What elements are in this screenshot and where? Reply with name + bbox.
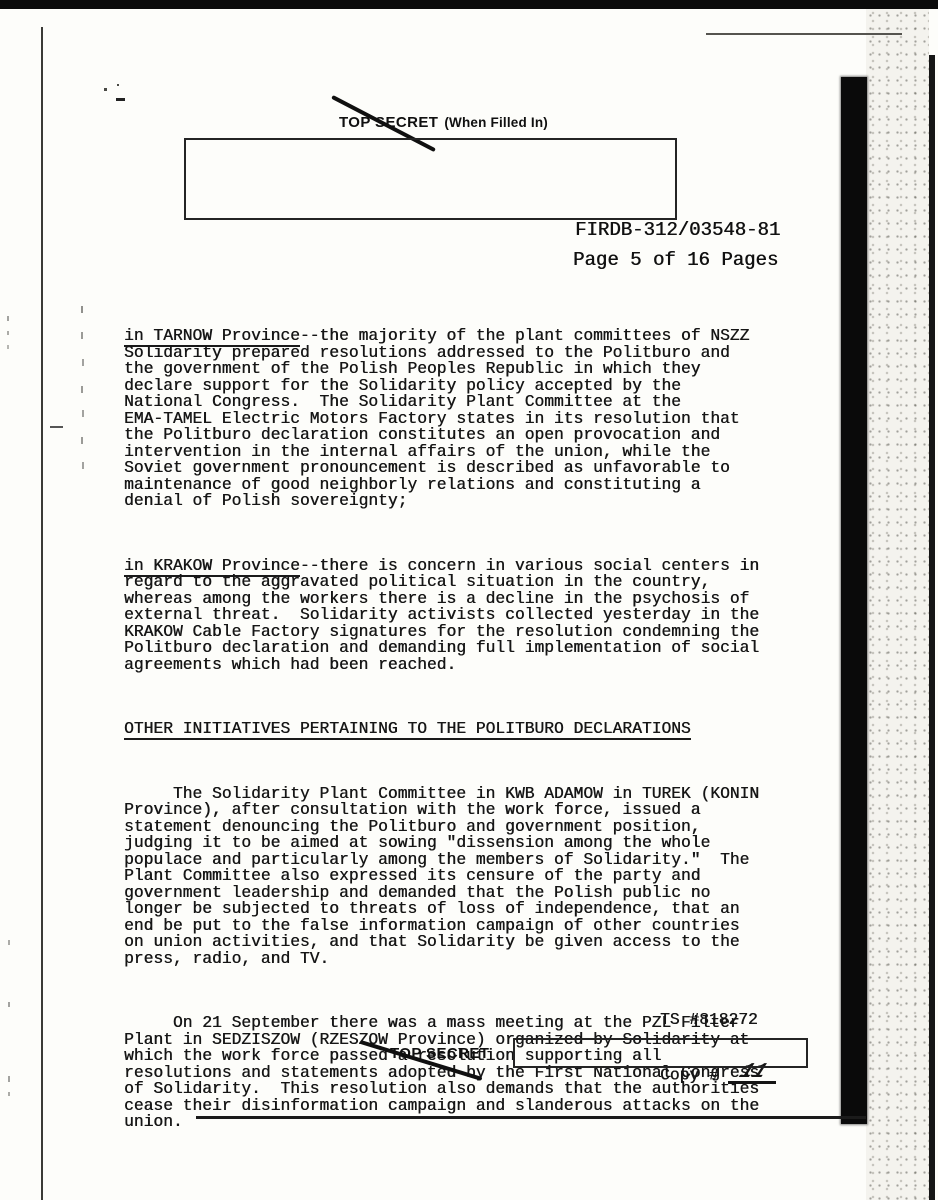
when-filled-in-label: (When Filled In)	[444, 115, 548, 130]
scan-edge-right	[929, 55, 935, 1200]
tarnow-text: --the majority of the plant committees o…	[124, 326, 749, 510]
section-heading-text: OTHER INITIATIVES PERTAINING TO THE POLI…	[124, 719, 691, 740]
scan-artifact	[104, 88, 107, 91]
scan-artifact	[81, 386, 83, 393]
scan-artifact	[8, 1092, 10, 1096]
scan-artifact	[50, 426, 63, 428]
scan-edge-top	[0, 0, 938, 9]
scan-artifact	[7, 345, 9, 349]
scan-artifact	[81, 437, 83, 444]
scan-artifact	[82, 410, 84, 417]
scan-artifact	[81, 306, 83, 313]
scan-artifact	[8, 1076, 10, 1082]
scan-artifact	[7, 331, 9, 335]
scan-artifact	[117, 84, 119, 86]
scan-artifact	[81, 332, 83, 339]
paragraph-krakow: in KRAKOW Province--there is concern in …	[124, 558, 759, 674]
header-stamp-box	[184, 138, 677, 220]
paragraph-tarnow: in TARNOW Province--the majority of the …	[124, 328, 759, 510]
ts-number: TS #818272	[660, 1011, 776, 1029]
scan-left-rule	[41, 27, 43, 1200]
scan-line-top-right	[706, 33, 902, 35]
scan-artifact	[7, 316, 9, 321]
page-number: Page 5 of 16 Pages	[573, 251, 778, 270]
scan-artifact	[116, 98, 125, 101]
footer-stamp-box	[513, 1038, 808, 1068]
scan-noise-right-margin	[866, 9, 929, 1200]
section-heading: OTHER INITIATIVES PERTAINING TO THE POLI…	[124, 721, 759, 738]
document-number: FIRDB-312/03548-81	[575, 221, 780, 240]
paragraph-adamow: The Solidarity Plant Committee in KWB AD…	[124, 786, 759, 968]
krakow-text: --there is concern in various social cen…	[124, 556, 759, 674]
scan-artifact	[82, 462, 84, 469]
scan-artifact	[8, 1002, 10, 1007]
document-page: TOP SECRET (When Filled In) FIRDB-312/03…	[0, 0, 938, 1200]
scan-artifact	[8, 940, 10, 945]
redaction-bar	[841, 77, 867, 1124]
scan-artifact	[82, 359, 84, 366]
